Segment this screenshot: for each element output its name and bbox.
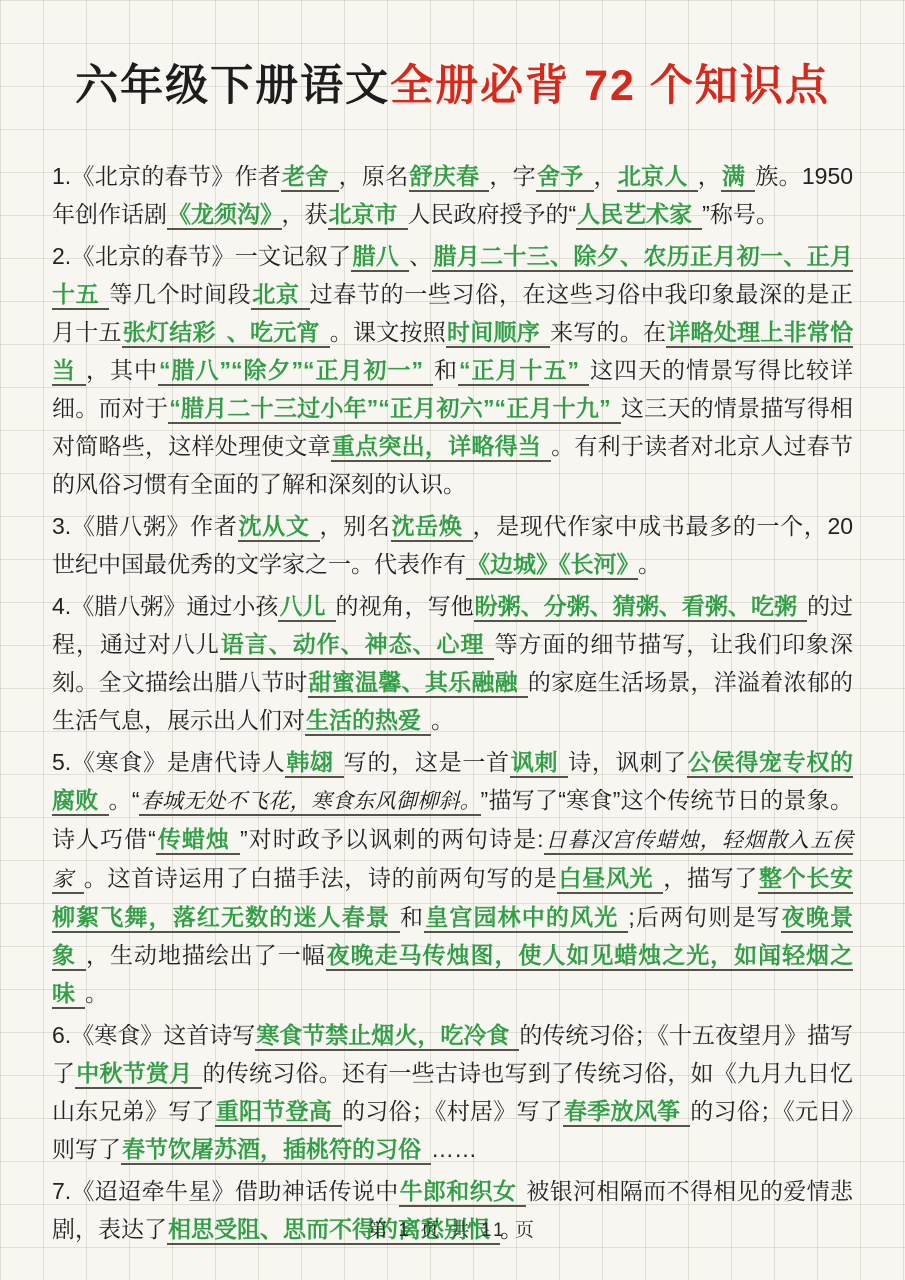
body-text: ，原名 xyxy=(339,163,409,189)
body-text: 的视角，写他 xyxy=(336,593,474,619)
body-text: 。“ xyxy=(109,787,140,813)
answer-blank: 重阳节登高 xyxy=(215,1098,342,1127)
answer-blank: 北京 xyxy=(251,281,309,310)
page-title: 六年级下册语文全册必背 72 个知识点 xyxy=(52,52,853,113)
body-text: ，字 xyxy=(489,163,536,189)
body-text: ;后两句则是写 xyxy=(628,904,780,930)
answer-blank: 满 xyxy=(721,163,755,192)
body-text: ”称号。 xyxy=(702,201,779,227)
answer-blank: 甜蜜温馨、其乐融融 xyxy=(308,669,528,698)
body-text: ，生动地描绘出了一幅 xyxy=(86,942,326,968)
document-page: 六年级下册语文全册必背 72 个知识点 1.《北京的春节》作者老舍，原名舒庆春，… xyxy=(0,0,905,1280)
body-text: 4.《腊八粥》通过小孩 xyxy=(52,593,278,619)
body-text: ，获 xyxy=(282,201,328,227)
answer-blank: 传蜡烛 xyxy=(156,826,240,855)
answer-blank: 《龙须沟》 xyxy=(167,201,282,230)
answer-blank: 八儿 xyxy=(278,593,335,622)
answer-blank: 张灯结彩 xyxy=(122,319,226,348)
answer-blank: 时间顺序 xyxy=(446,319,550,348)
body-text: 5.《寒食》是唐代诗人 xyxy=(52,749,285,775)
body-text: 。这首诗运用了白描手法，诗的前两句写的是 xyxy=(84,865,558,891)
body-text: ， xyxy=(698,163,721,189)
answer-blank: 寒食节禁止烟火，吃冷食 xyxy=(255,1022,519,1051)
body-text: 和 xyxy=(400,904,424,930)
answer-blank: 韩翃 xyxy=(285,749,343,778)
answer-blank: 腊八 xyxy=(351,243,409,272)
answer-blank: “正月十五” xyxy=(458,357,589,386)
body-text: ， xyxy=(594,163,617,189)
answer-blank: 语言、动作、神态、心理 xyxy=(220,631,495,660)
body-text: ，其中 xyxy=(86,357,158,383)
poem-quote: 春城无处不飞花，寒食东风御柳斜。 xyxy=(139,789,480,816)
knowledge-point: 4.《腊八粥》通过小孩八儿的视角，写他盼粥、分粥、猜粥、看粥、吃粥的过程，通过对… xyxy=(52,587,853,739)
answer-blank: 春季放风筝 xyxy=(563,1098,690,1127)
answer-blank: 讽刺 xyxy=(510,749,568,778)
answer-blank: 舍予 xyxy=(536,163,594,192)
knowledge-point: 2.《北京的春节》一文记叙了腊八、腊月二十三、除夕、农历正月初一、正月十五等几个… xyxy=(52,237,853,503)
answer-blank: 沈从文 xyxy=(238,513,320,542)
answer-blank: 老舍 xyxy=(281,163,339,192)
answer-blank: 《边城》《长河》 xyxy=(466,551,638,580)
answer-blank: 春节饮屠苏酒，插桃符的习俗 xyxy=(121,1136,431,1165)
answer-blank: 北京人 xyxy=(617,163,698,192)
answer-blank: 盼粥、分粥、猜粥、看粥、吃粥 xyxy=(474,593,807,622)
answer-blank: 重点突出，详略得当 xyxy=(331,433,551,462)
body-text: 、 xyxy=(409,243,432,269)
body-text: 的习俗；《村居》写了 xyxy=(342,1098,563,1124)
body-text: 。 xyxy=(431,707,454,733)
body-text: 人民政府授予的“ xyxy=(408,201,577,227)
body-text: 6.《寒食》这首诗写 xyxy=(52,1022,255,1048)
page-number: 第 1 页 共 11 页 xyxy=(0,1215,905,1242)
answer-blank: “腊八”“除夕”“正月初一” xyxy=(158,357,433,386)
body-text: ，描写了 xyxy=(663,865,758,891)
answer-blank: 人民艺术家 xyxy=(576,201,702,230)
body-text: 2.《北京的春节》一文记叙了 xyxy=(52,243,351,269)
body-text: 1.《北京的春节》作者 xyxy=(52,163,281,189)
body-text: 3.《腊八粥》作者 xyxy=(52,513,238,539)
body-text: 来写的。在 xyxy=(550,319,666,345)
body-text: 。课文按照 xyxy=(330,319,446,345)
answer-blank: 白昼风光 xyxy=(557,865,663,894)
knowledge-point: 6.《寒食》这首诗写寒食节禁止烟火，吃冷食的传统习俗；《十五夜望月》描写了中秋节… xyxy=(52,1016,853,1168)
answer-blank: 、吃元宵 xyxy=(226,319,330,348)
knowledge-point: 1.《北京的春节》作者老舍，原名舒庆春，字舍予，北京人，满族。1950 年创作话… xyxy=(52,157,853,233)
body-text: ，别名 xyxy=(320,513,391,539)
body-text: ”对时政予以讽刺的两句诗是: xyxy=(240,826,544,852)
answer-blank: 北京市 xyxy=(328,201,408,230)
body-text: …… xyxy=(431,1136,477,1162)
body-text: 和 xyxy=(433,357,458,383)
answer-blank: 生活的热爱 xyxy=(305,707,431,736)
page-title-red-part: 全册必背 72 个知识点 xyxy=(390,62,830,110)
answer-blank: 皇宫园林中的风光 xyxy=(424,904,628,933)
body-text: 7.《迢迢牵牛星》借助神话传说中 xyxy=(52,1178,399,1204)
body-text: 。 xyxy=(85,980,108,1006)
body-text: 。 xyxy=(638,551,661,577)
body-text: 等几个时间段 xyxy=(109,281,251,307)
knowledge-point: 3.《腊八粥》作者沈从文，别名沈岳焕，是现代作家中成书最多的一个，20 世纪中国… xyxy=(52,507,853,583)
body-text: 写的，这是一首 xyxy=(344,749,510,775)
knowledge-point: 5.《寒食》是唐代诗人韩翃写的，这是一首讽刺诗，讽刺了公侯得宠专权的腐败。“春城… xyxy=(52,743,853,1012)
answer-blank: “腊月二十三过小年”“正月初六”“正月十九” xyxy=(168,395,620,424)
page-title-black-part: 六年级下册语文 xyxy=(75,62,390,110)
answer-blank: 舒庆春 xyxy=(409,163,490,192)
body-text: 诗，讽刺了 xyxy=(568,749,687,775)
knowledge-points-list: 1.《北京的春节》作者老舍，原名舒庆春，字舍予，北京人，满族。1950 年创作话… xyxy=(52,157,853,1248)
answer-blank: 牛郎和织女 xyxy=(399,1178,527,1207)
answer-blank: 沈岳焕 xyxy=(391,513,473,542)
answer-blank: 中秋节赏月 xyxy=(75,1060,202,1089)
